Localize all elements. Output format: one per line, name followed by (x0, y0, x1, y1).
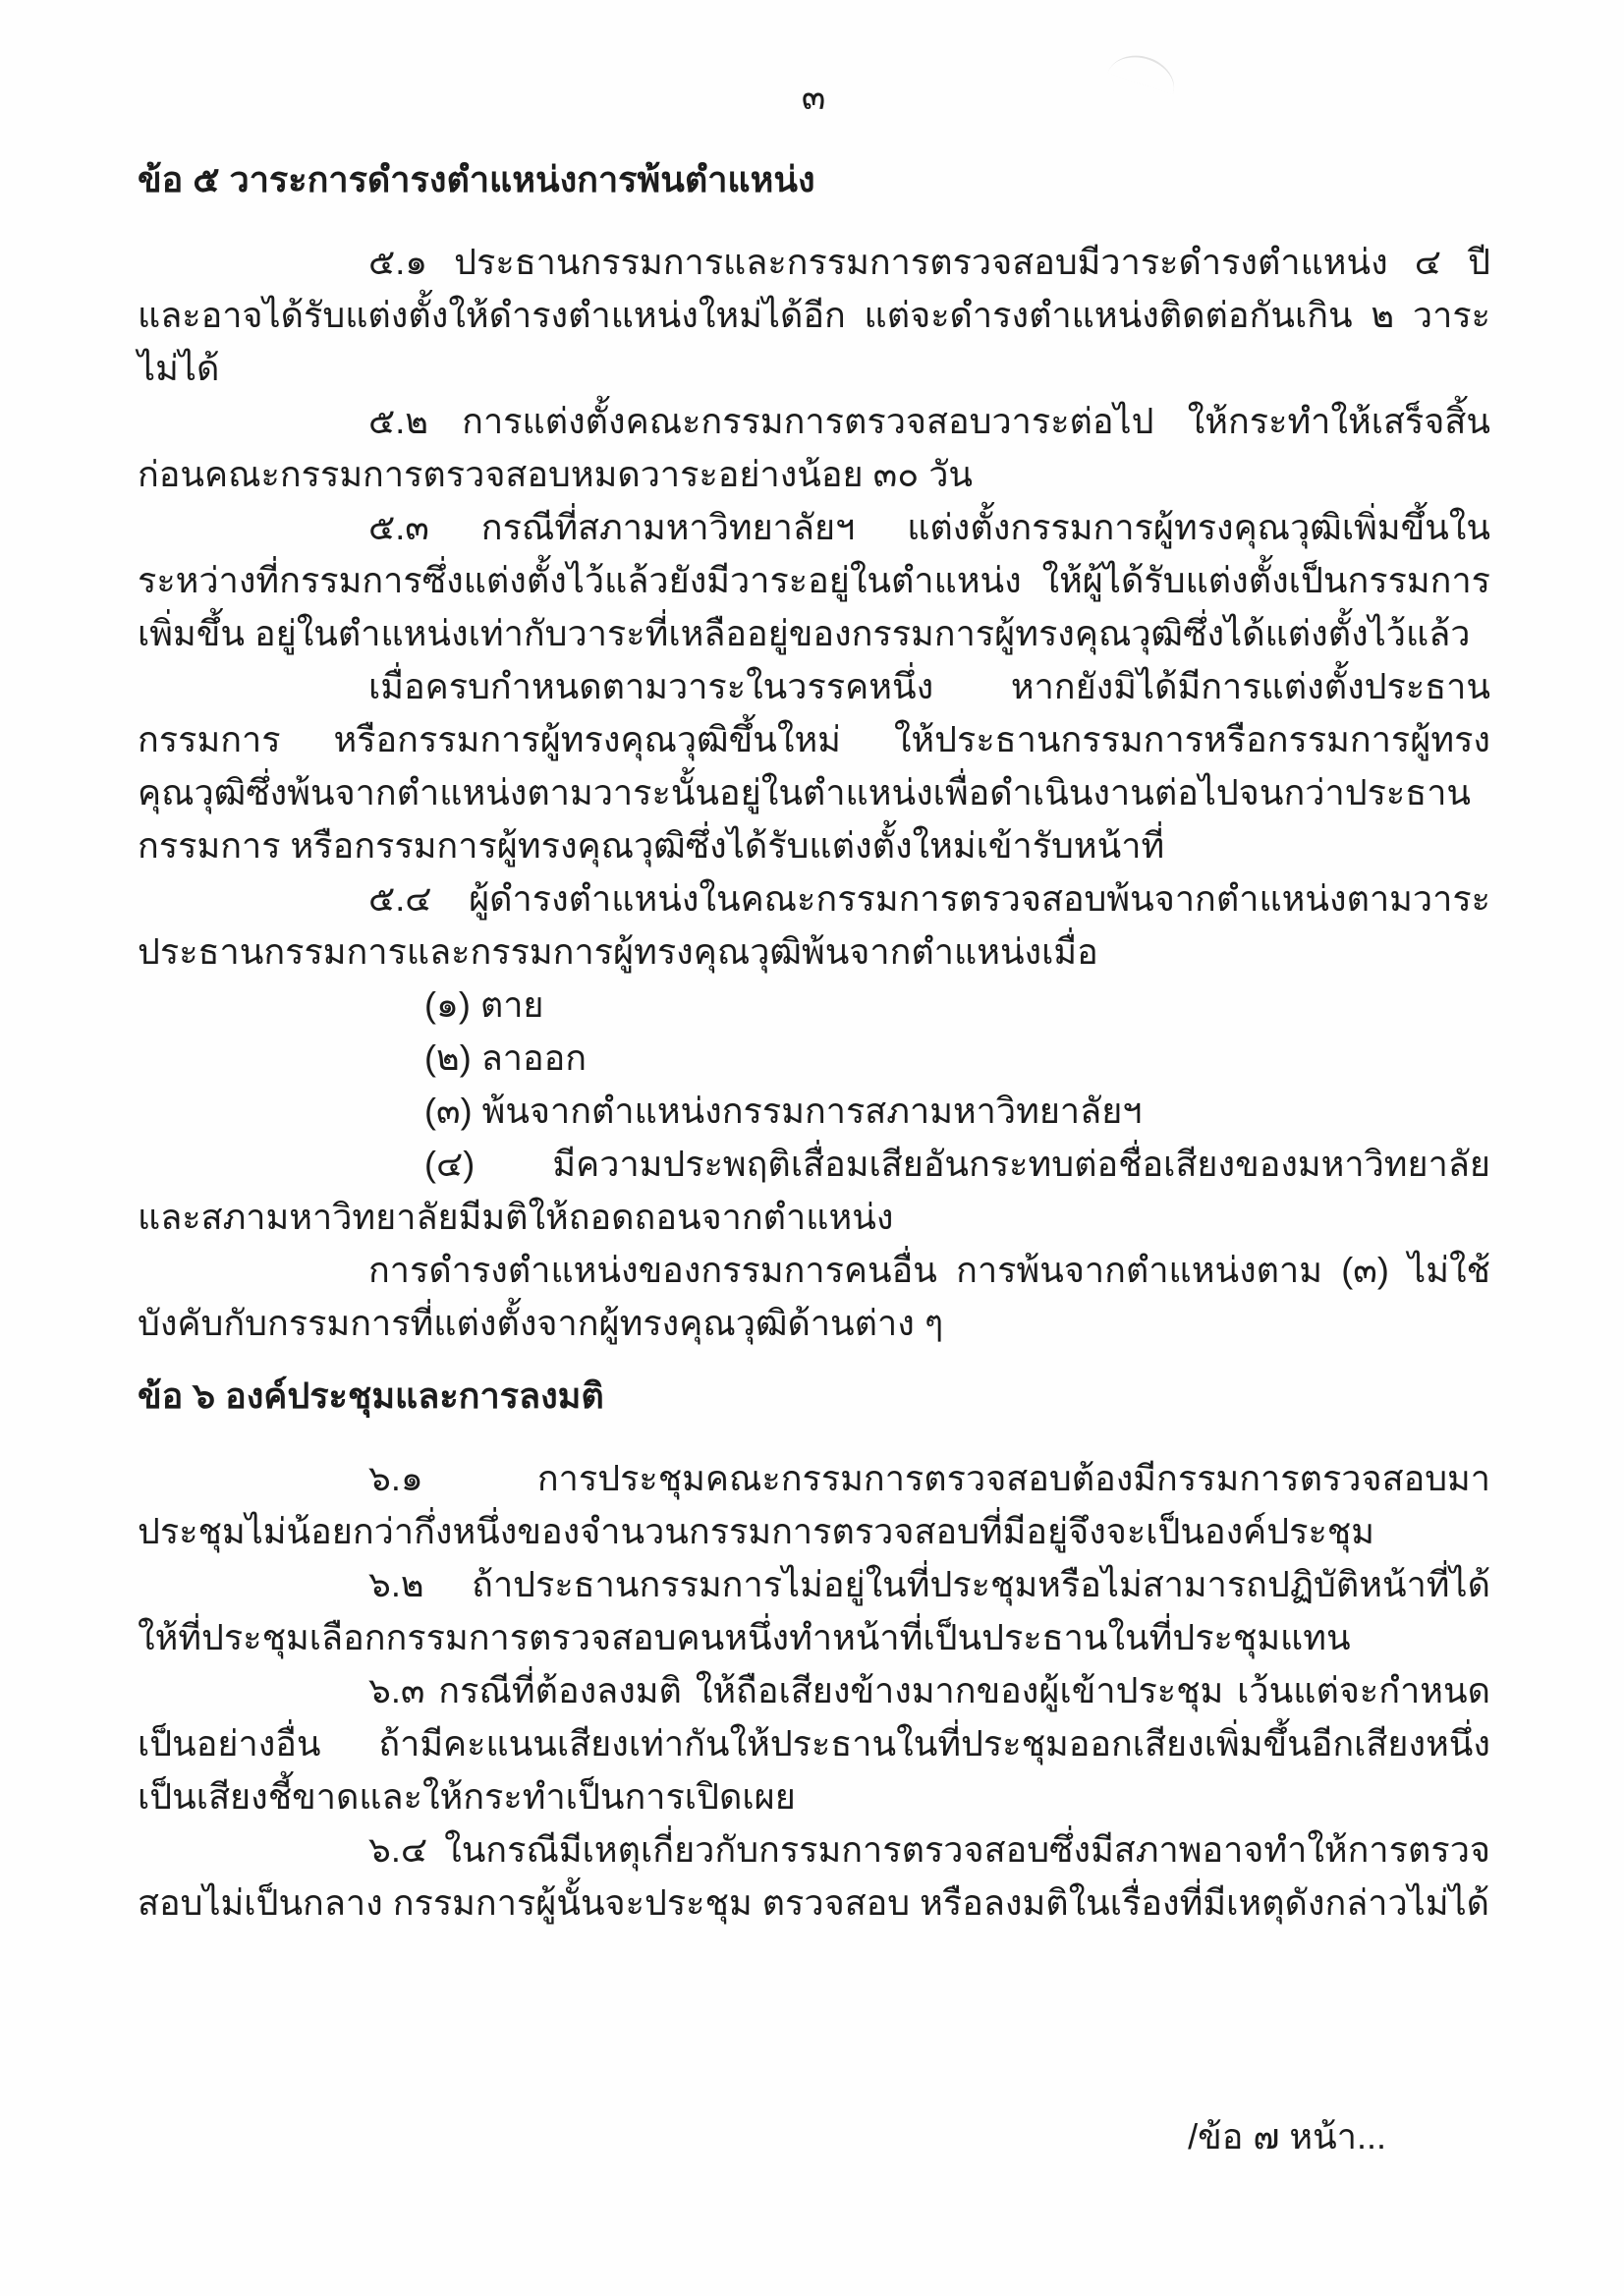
section-5-subitem-2: (๒) ลาออก (138, 1032, 1490, 1085)
section-5-heading: ข้อ ๕ วาระการดำรงตำแหน่งการพ้นตำแหน่ง (138, 153, 1490, 206)
document-page: ๓ ข้อ ๕ วาระการดำรงตำแหน่งการพ้นตำแหน่ง … (0, 0, 1624, 2296)
section-5-paragraph-1: ๕.๑ ประธานกรรมการและกรรมการตรวจสอบมีวาระ… (138, 236, 1490, 395)
section-6-paragraph-3: ๖.๓ กรณีที่ต้องลงมติ ให้ถือเสียงข้างมากข… (138, 1664, 1490, 1823)
section-5-subitem-1: (๑) ตาย (138, 979, 1490, 1032)
section-5-paragraph-5: ๕.๔ ผู้ดำรงตำแหน่งในคณะกรรมการตรวจสอบพ้น… (138, 872, 1490, 979)
section-6: ข้อ ๖ องค์ประชุมและการลงมติ ๖.๑ การประชุ… (138, 1370, 1490, 1930)
section-6-paragraph-4: ๖.๔ ในกรณีมีเหตุเกี่ยวกับกรรมการตรวจสอบซ… (138, 1823, 1490, 1930)
section-5-subitem-3: (๓) พ้นจากตำแหน่งกรรมการสภามหาวิทยาลัยฯ (138, 1085, 1490, 1138)
section-5: ข้อ ๕ วาระการดำรงตำแหน่งการพ้นตำแหน่ง ๕.… (138, 153, 1490, 1350)
page-number: ๓ (138, 71, 1490, 124)
section-6-paragraph-2: ๖.๒ ถ้าประธานกรรมการไม่อยู่ในที่ประชุมหร… (138, 1558, 1490, 1664)
section-5-paragraph-3: ๕.๓ กรณีที่สภามหาวิทยาลัยฯ แต่งตั้งกรรมก… (138, 501, 1490, 660)
section-5-subitem-4: (๔) มีความประพฤติเสื่อมเสียอันกระทบต่อชื… (138, 1138, 1490, 1244)
section-5-paragraph-2: ๕.๒ การแต่งตั้งคณะกรรมการตรวจสอบวาระต่อไ… (138, 395, 1490, 501)
footer-continuation-note: /ข้อ ๗ หน้า... (1188, 2110, 1386, 2163)
section-5-paragraph-4: เมื่อครบกำหนดตามวาระในวรรคหนึ่ง หากยังมิ… (138, 660, 1490, 872)
section-6-heading: ข้อ ๖ องค์ประชุมและการลงมติ (138, 1370, 1490, 1423)
section-5-closing-paragraph: การดำรงตำแหน่งของกรรมการคนอื่น การพ้นจาก… (138, 1244, 1490, 1350)
section-6-paragraph-1: ๖.๑ การประชุมคณะกรรมการตรวจสอบต้องมีกรรม… (138, 1452, 1490, 1558)
